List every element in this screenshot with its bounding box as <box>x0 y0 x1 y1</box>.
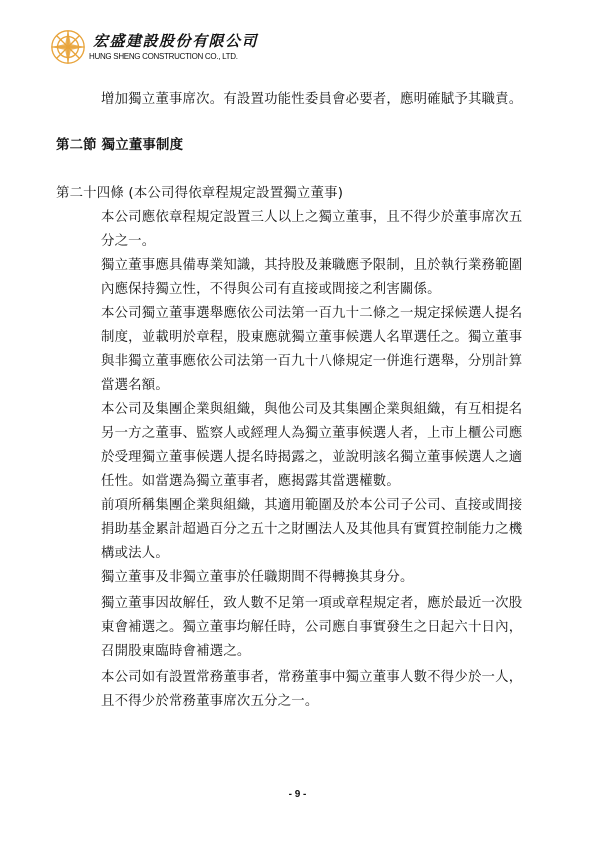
paragraph-line: 東會補選之。獨立董事均解任時，公司應自事實發生之日起六十日內， <box>101 620 522 636</box>
paragraph-line: 本公司及集團企業與組織，與他公司及其集團企業與組織，有互相提名 <box>101 402 522 418</box>
paragraph-line: 於受理獨立董事候選人提名時揭露之，並說明該名獨立董事候選人之適 <box>101 450 522 466</box>
paragraph-line: 分之一。 <box>101 234 155 250</box>
paragraph-line: 本公司獨立董事選舉應依公司法第一百九十二條之一規定採候選人提名 <box>101 306 522 322</box>
paragraph-line: 獨立董事及非獨立董事於任職期間不得轉換其身分。 <box>101 570 414 586</box>
paragraph-line: 另一方之董事、監察人或經理人為獨立董事候選人者，上市上櫃公司應 <box>101 426 522 442</box>
company-name-cn: 宏盛建設股份有限公司 <box>93 30 258 51</box>
paragraph-line: 本公司應依章程規定設置三人以上之獨立董事，且不得少於董事席次五 <box>101 210 522 226</box>
continuation-text: 增加獨立董事席次。有設置功能性委員會必要者，應明確賦予其職責。 <box>101 92 522 108</box>
paragraph-line: 構或法人。 <box>101 546 169 562</box>
paragraph-line: 當選名額。 <box>101 378 169 394</box>
company-logo: 宏盛建設股份有限公司 HUNG SHENG CONSTRUCTION CO., … <box>49 28 259 68</box>
compass-star-logo-icon <box>49 28 87 66</box>
paragraph-line: 捐助基金累計超過百分之五十之財團法人及其他具有實質控制能力之機 <box>101 522 522 538</box>
article-title: 第二十四條 (本公司得依章程規定設置獨立董事) <box>56 186 343 202</box>
paragraph-line: 制度，並載明於章程，股東應就獨立董事候選人名單選任之。獨立董事 <box>101 330 522 346</box>
paragraph-line: 任性。如當選為獨立董事者，應揭露其當選權數。 <box>101 474 400 490</box>
paragraph-line: 獨立董事因故解任，致人數不足第一項或章程規定者，應於最近一次股 <box>101 596 522 612</box>
paragraph-line: 前項所稱集團企業與組織，其適用範圍及於本公司子公司、直接或間接 <box>101 498 522 514</box>
section-title: 第二節 獨立董事制度 <box>56 138 183 154</box>
paragraph-line: 且不得少於常務董事席次五分之一。 <box>101 694 318 710</box>
paragraph-line: 獨立董事應具備專業知識，其持股及兼職應予限制，且於執行業務範圍 <box>101 258 522 274</box>
paragraph-line: 內應保持獨立性，不得與公司有直接或間接之利害關係。 <box>101 282 441 298</box>
page-number: - 9 - <box>0 789 595 800</box>
paragraph-line: 本公司如有設置常務董事者，常務董事中獨立董事人數不得少於一人， <box>101 670 522 686</box>
paragraph-line: 與非獨立董事應依公司法第一百九十八條規定一併進行選舉，分別計算 <box>101 354 522 370</box>
paragraph-line: 召開股東臨時會補選之。 <box>101 644 251 660</box>
company-name-en: HUNG SHENG CONSTRUCTION CO., LTD. <box>89 52 238 61</box>
